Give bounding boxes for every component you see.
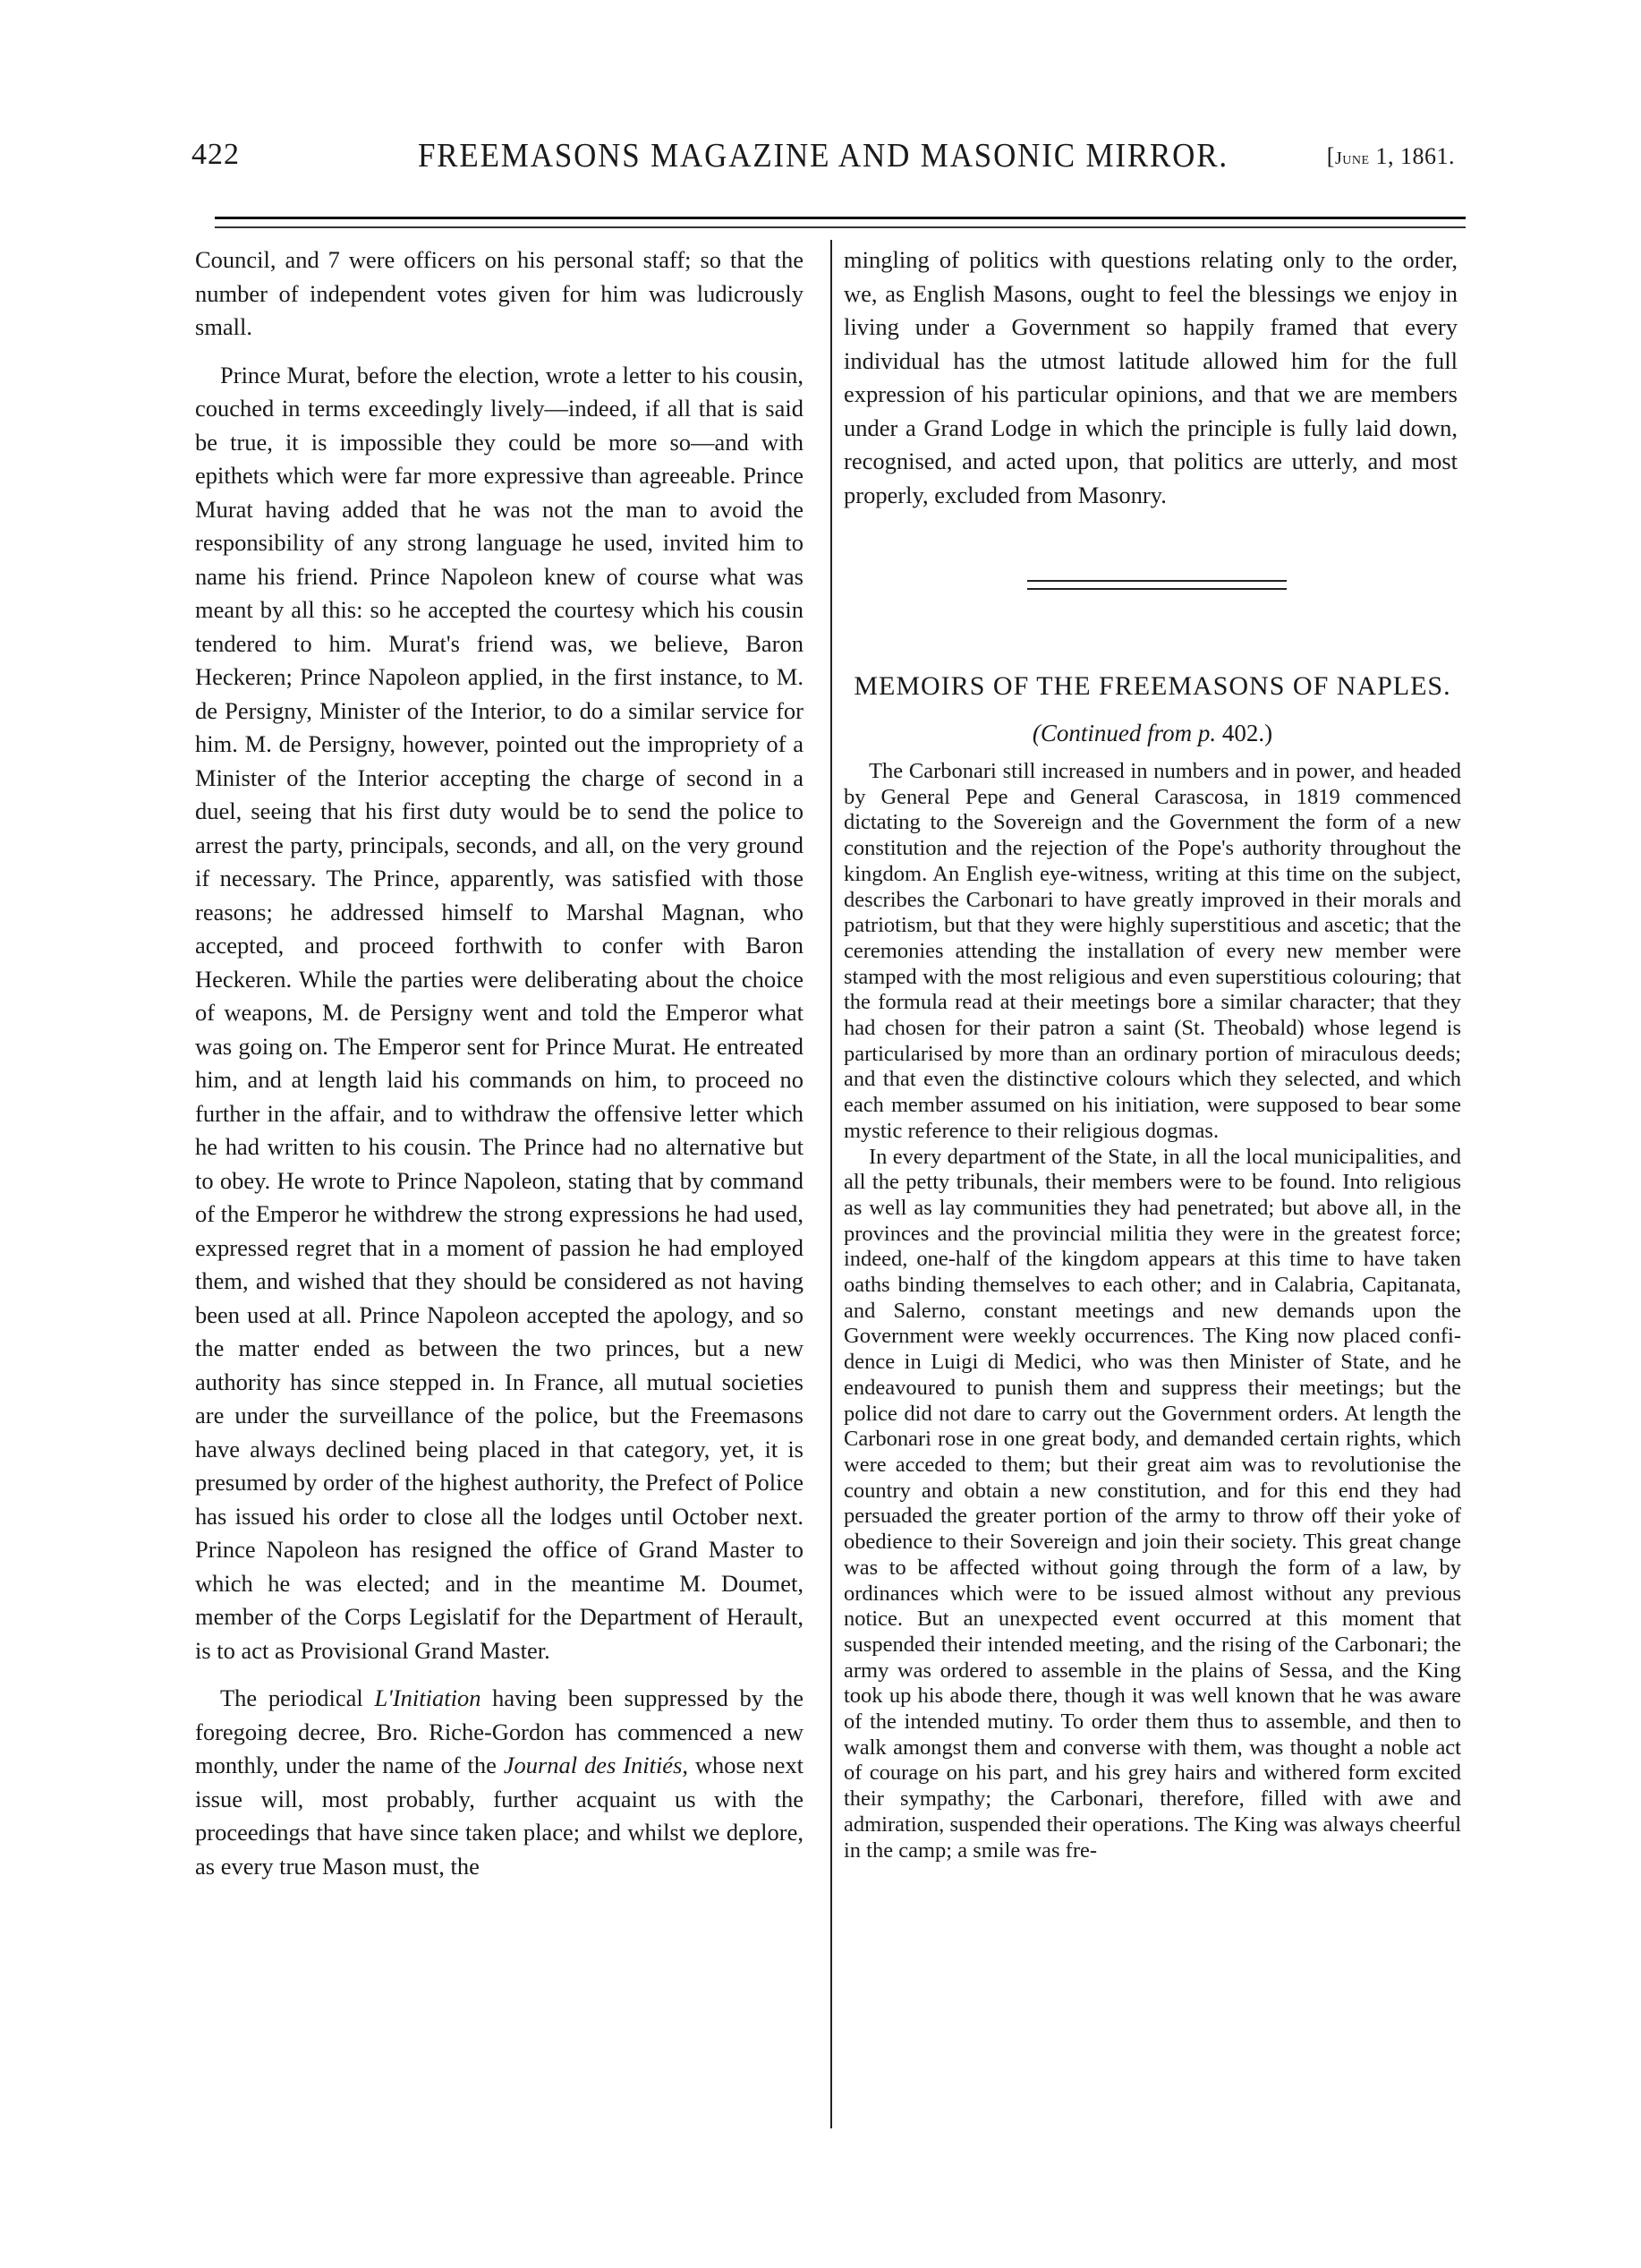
article-body: The Carbonari still increased in numbers…	[844, 759, 1461, 1863]
paragraph: In every department of the State, in all…	[844, 1145, 1461, 1864]
subtitle-italic: (Continued from p.	[1033, 720, 1216, 746]
article-title: MEMOIRS OF THE FREEMASONS OF NAPLES.	[844, 671, 1461, 702]
page-number: 422	[191, 138, 240, 172]
section-rule	[1027, 588, 1287, 590]
date-bracket: [	[1327, 143, 1335, 169]
text-run: The periodical	[220, 1684, 374, 1711]
date-rest: 1, 1861.	[1370, 143, 1456, 169]
left-column: Council, and 7 were officers on his pers…	[195, 243, 803, 1883]
issue-date: [June 1, 1861.	[1327, 143, 1455, 170]
date-month: June	[1335, 149, 1370, 168]
periodical-title: Journal des Initiés,	[504, 1752, 688, 1778]
paragraph: The periodical L'Initiation having been …	[195, 1682, 803, 1883]
paragraph: Council, and 7 were officers on his pers…	[195, 243, 803, 345]
paragraph: mingling of politics with questions rela…	[844, 243, 1458, 512]
header-rule-thick	[215, 217, 1466, 219]
paragraph: Prince Murat, before the election, wrote…	[195, 359, 803, 1668]
paragraph: The Carbonari still increased in numbers…	[844, 759, 1461, 1145]
right-column-top: mingling of politics with questions rela…	[844, 243, 1458, 512]
masthead-title: FREEMASONS MAGAZINE AND MASONIC MIRROR.	[239, 136, 1407, 175]
article-subtitle: (Continued from p. 402.)	[844, 720, 1461, 747]
periodical-title: L'Initiation	[374, 1684, 480, 1711]
column-divider	[830, 240, 832, 2128]
subtitle-page: 402.)	[1216, 720, 1272, 746]
header-rule-thin	[215, 226, 1466, 228]
section-rule	[1027, 580, 1287, 582]
running-header: 422 FREEMASONS MAGAZINE AND MASONIC MIRR…	[188, 132, 1458, 186]
